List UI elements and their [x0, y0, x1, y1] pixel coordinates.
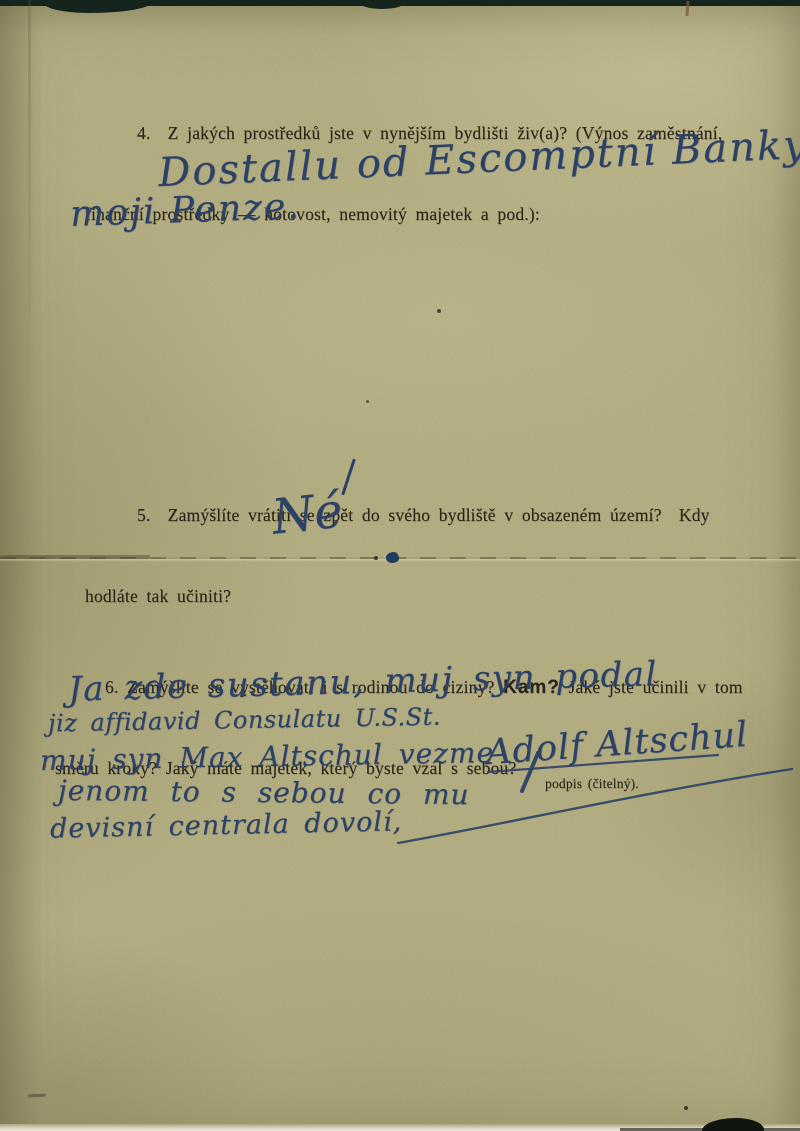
fold-crease-dark-segment — [0, 555, 150, 559]
vertical-crease — [28, 0, 31, 420]
signature-caption: podpis (čitelný). — [545, 770, 639, 797]
paper-fiber-mark — [685, 1, 689, 16]
paper-speck — [366, 400, 369, 403]
handwritten-answer-4-line-2: moji Penze. — [69, 186, 301, 235]
scan-top-edge-blob-small — [358, 0, 406, 9]
question-5-text-line-2: hodláte tak učiniti? — [85, 583, 725, 610]
question-5-text-line-1: 5. Zamýšlíte vrátiti se zpět do svého by… — [85, 502, 725, 529]
ink-blot — [386, 552, 399, 563]
handwritten-answer-6-line-4: jenom to s sebou co mu — [58, 774, 470, 811]
scan-top-edge-blob — [44, 0, 152, 13]
pencil-dash-mark — [28, 1094, 46, 1098]
handwritten-answer-6-line-5: devisní centrala dovolí, — [50, 806, 403, 844]
paper-speck — [684, 1106, 688, 1110]
scanned-questionnaire-page: 4. Z jakých prostředků jste v nynějším b… — [0, 0, 800, 1131]
handwritten-answer-5: Né — [269, 482, 345, 545]
paper-speck — [437, 309, 441, 313]
scan-bottom-edge-blob — [702, 1118, 764, 1131]
